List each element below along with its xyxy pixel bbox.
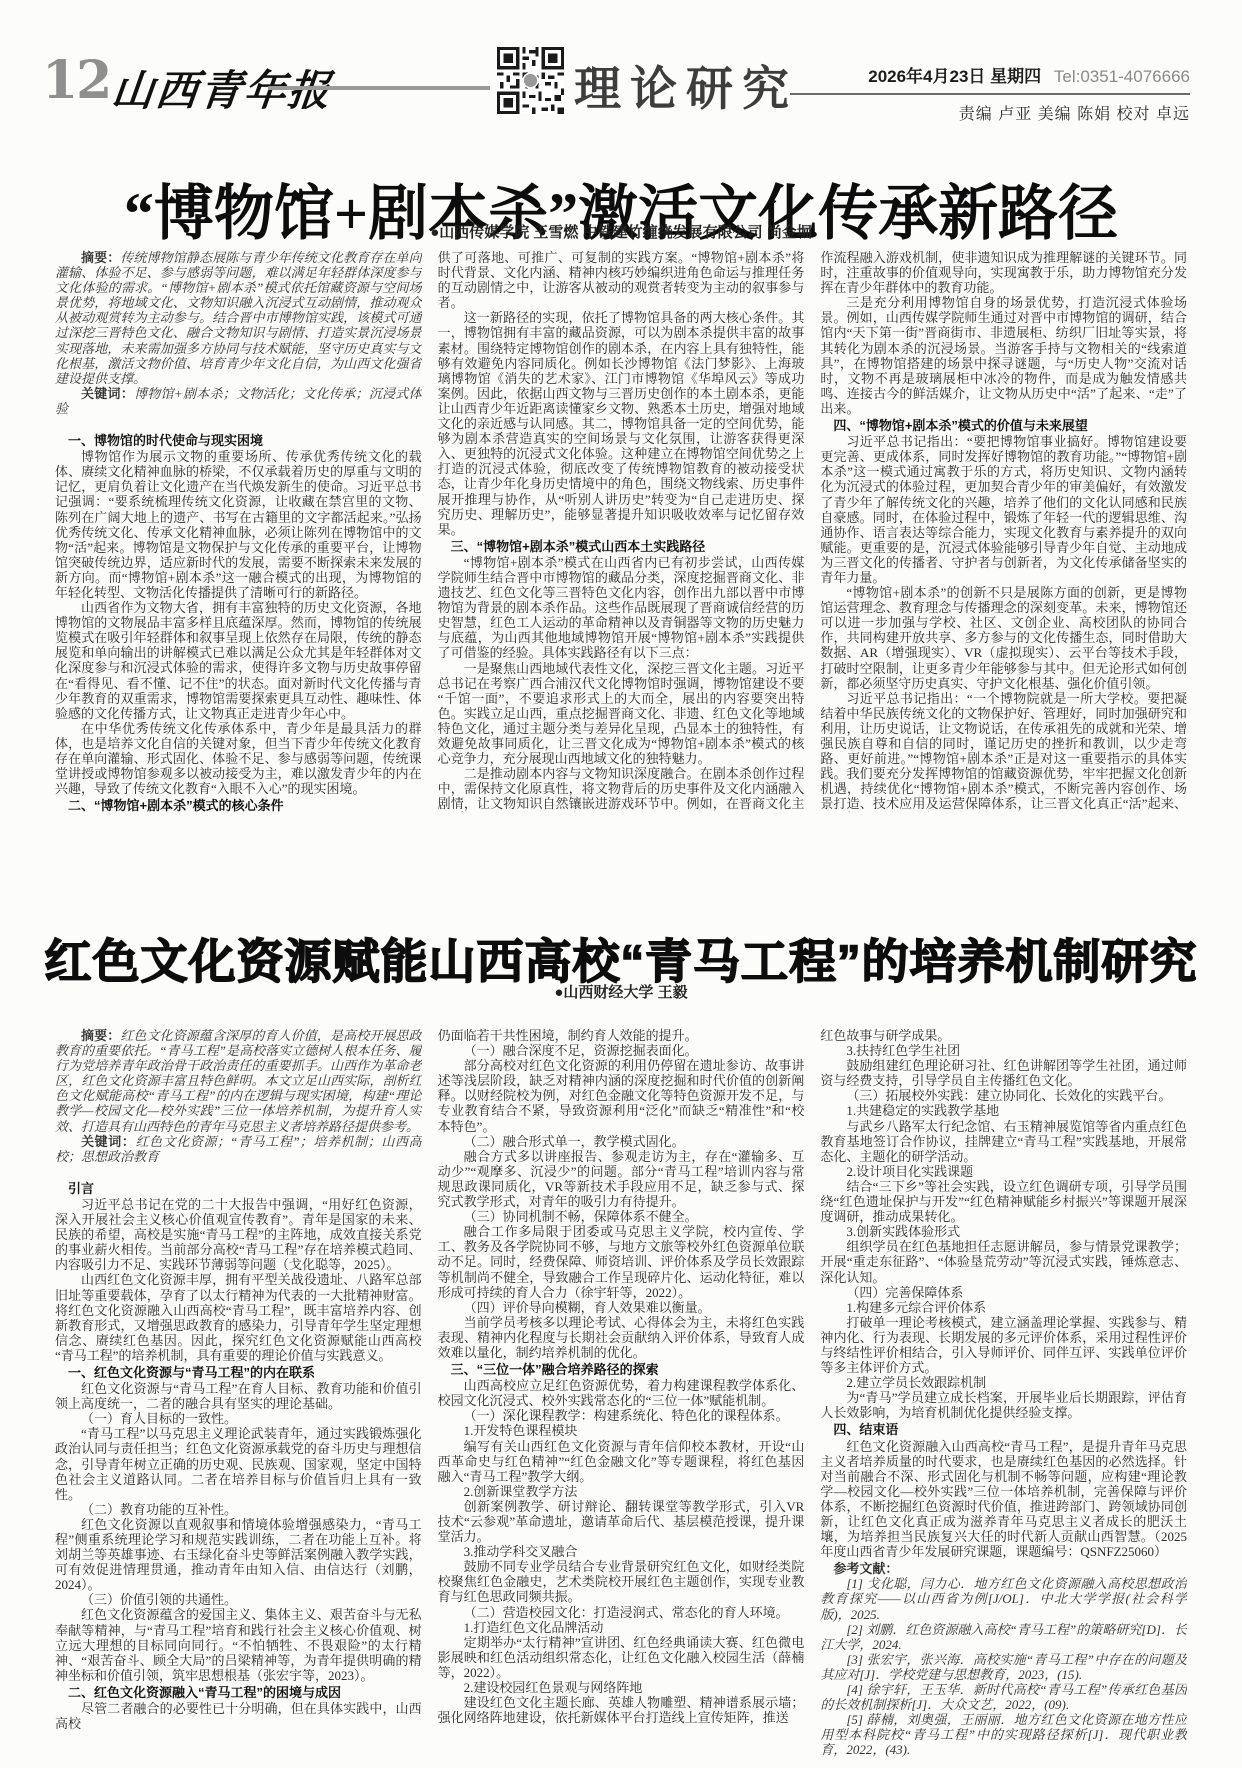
paragraph: 融合方式多以讲座报告、参观走访为主，存在“灌输多、互动少”“观摩多、沉浸少”的问…	[438, 1149, 805, 1209]
page-number: 12	[42, 50, 110, 111]
paragraph: 1.构建多元综合评价体系	[820, 1300, 1187, 1315]
article2-byline: ●山西财经大学 王毅	[0, 981, 1242, 1002]
article2-column-3: 红色故事与研学成果。3.扶持红色学生社团鼓励组建红色理论研习社、红色讲解团等学生…	[820, 1028, 1187, 1765]
paragraph: 打破单一理论考核模式，建立涵盖理论掌握、实践参与、精神内化、行为表现、长期发展的…	[820, 1315, 1187, 1375]
paragraph: 3.推动学科交叉融合	[438, 1544, 805, 1559]
paragraph: 3.创新实践体验形式	[820, 1224, 1187, 1239]
paragraph: （一）育人目标的一致性。	[55, 1411, 422, 1426]
section-heading: 四、“博物馆+剧本杀”模式的价值与未来展望	[820, 418, 1187, 433]
paragraph: （一）融合深度不足，资源挖掘表面化。	[438, 1043, 805, 1058]
reference-item: [5] 薛楠，刘奥强，王丽丽．地方红色文化资源在地方性应用型本科院校“青马工程”…	[820, 1712, 1187, 1757]
section-heading: 一、红色文化资源与“青马工程”的内在联系	[55, 1365, 422, 1380]
paragraph: 红色文化资源蕴含的爱国主义、集体主义、艰苦奋斗与无私奉献等精神，与“青马工程”培…	[55, 1607, 422, 1682]
editors-line: 责编 卢亚 美编 陈娟 校对 卓远	[790, 101, 1190, 124]
paragraph: 1.打造红色文化品牌活动	[438, 1620, 805, 1635]
paragraph: “青马工程”以马克思主义理论武装青年，通过实践锻炼强化政治认同与责任担当；红色文…	[55, 1426, 422, 1501]
article1-column-1: 摘要：传统博物馆静态展陈与青少年传统文化教育存在单向灌输、体验不足、参与感弱等问…	[55, 250, 422, 812]
paragraph: 部分高校对红色文化资源的利用仍停留在遗址参访、故事讲述等浅层阶段，缺乏对精神内涵…	[438, 1058, 805, 1133]
paragraph: “博物馆+剧本杀”模式在山西省内已有初步尝试，山西传媒学院师生结合晋中市博物馆的…	[438, 555, 805, 661]
paragraph: 这一新路径的实现，依托了博物馆具备的两大核心条件。其一，博物馆拥有丰富的藏品资源…	[438, 310, 805, 536]
keywords-text: 关键词：博物馆+剧本杀；文物活化；文化传承；沉浸式体验	[55, 386, 422, 416]
paragraph: （三）协同机制不畅，保障体系不健全。	[438, 1209, 805, 1224]
section-heading: 三、“三位一体”融合培养路径的探索	[438, 1362, 805, 1377]
paragraph: 山西高校应立足红色资源优势，着力构建课程教学体系化、校园文化沉浸式、校外实践常态…	[438, 1378, 805, 1408]
paragraph: 与武乡八路军太行纪念馆、右玉精神展览馆等省内重点红色教育基地签订合作协议，挂牌建…	[820, 1119, 1187, 1164]
paragraph: 创新案例教学、研讨辩论、翻转课堂等教学形式，引入VR技术“云参观”革命遗址，邀请…	[438, 1499, 805, 1544]
paragraph: （四）评价导向模糊，育人效果难以衡量。	[438, 1300, 805, 1315]
paragraph: 组织学员在红色基地担任志愿讲解员，参与情景党课教学；开展“重走东征路”、“体验垦…	[820, 1239, 1187, 1284]
article1-column-3: 作流程融入游戏机制，使非遗知识成为推理解谜的关键环节。同时，注重故事的价值观导向…	[820, 250, 1187, 812]
article2-column-1: 摘要：红色文化资源蕴含深厚的育人价值，是高校开展思政教育的重要依托。“青马工程”…	[55, 1028, 422, 1765]
reference-item: [2] 刘鹏．红色资源融入高校“青马工程”的策略研究[D]．长江大学，2024.	[820, 1622, 1187, 1652]
header-divider	[790, 93, 1190, 95]
paragraph: 建设红色文化主题长廊、英雄人物雕塑、精神谱系展示墙；强化网络阵地建设，依托新媒体…	[438, 1695, 805, 1725]
paragraph: 鼓励不同专业学员结合专业背景研究红色文化，如财经类院校聚焦红色金融史，艺术类院校…	[438, 1559, 805, 1604]
paragraph: （三）价值引领的共通性。	[55, 1592, 422, 1607]
paragraph: 一是聚焦山西地域代表性文化，深挖三晋文化主题。习近平总书记在考察广西合浦汉代文化…	[438, 661, 805, 767]
paragraph: 鼓励组建红色理论研习社、红色讲解团等学生社团，通过师资与经费支持，引导学员自主传…	[820, 1058, 1187, 1088]
section-heading: 四、结束语	[820, 1422, 1187, 1437]
section-heading: 三、“博物馆+剧本杀”模式山西本土实践路径	[438, 539, 805, 554]
paragraph: （三）拓展校外实践：建立协同化、长效化的实践平台。	[820, 1088, 1187, 1103]
paragraph-continuation: 红色故事与研学成果。	[820, 1028, 1187, 1043]
section-heading: 一、博物馆的时代使命与现实困境	[55, 433, 422, 448]
paragraph-continuation: 供了可落地、可推广、可复制的实践方案。“博物馆+剧本杀”将时代背景、文化内涵、精…	[438, 250, 805, 310]
paragraph: 2.建立学员长效跟踪机制	[820, 1375, 1187, 1390]
paragraph-continuation: 作流程融入游戏机制，使非遗知识成为推理解谜的关键环节。同时，注重故事的价值观导向…	[820, 250, 1187, 295]
header-info-block: 2026年4月23日 星期四 Tel:0351-4076666 责编 卢亚 美编…	[790, 62, 1190, 124]
abstract-text: 摘要：传统博物馆静态展陈与青少年传统文化教育存在单向灌输、体验不足、参与感弱等问…	[55, 250, 422, 386]
paragraph: 2.设计项目化实践课题	[820, 1164, 1187, 1179]
paragraph: 2.建设校园红色景观与网络阵地	[438, 1680, 805, 1695]
keywords-text: 关键词：红色文化资源；“青马工程”；培养机制；山西高校；思想政治教育	[55, 1134, 422, 1164]
paragraph: 习近平总书记指出：“一个博物院就是一所大学校。要把凝结着中华民族传统文化的文物保…	[820, 691, 1187, 812]
paragraph: 习近平总书记指出：“要把博物馆事业搞好。博物馆建设要更完善、更成体系，同时发挥好…	[820, 434, 1187, 585]
paragraph: 2.创新课堂教学方法	[438, 1484, 805, 1499]
paragraph: 定期举办“太行精神”宣讲团、红色经典诵读大赛、红色微电影展映和红色活动组织常态化…	[438, 1635, 805, 1680]
paragraph-continuation: 仍面临若干共性困境，制约育人效能的提升。	[438, 1028, 805, 1043]
paragraph: 为“青马”学员建立成长档案，开展毕业后长期跟踪，评估育人长效影响，为培育机制优化…	[820, 1390, 1187, 1420]
paragraph: 红色文化资源融入山西高校“青马工程”，是提升青年马克思主义者培养质量的时代要求，…	[820, 1439, 1187, 1560]
section-title: 理论研究	[574, 52, 798, 119]
paragraph: （一）深化课程教学：构建系统化、特色化的课程体系。	[438, 1408, 805, 1423]
paragraph: 结合“三下乡”等社会实践，设立红色调研专项，引导学员围绕“红色遗址保护与开发”“…	[820, 1179, 1187, 1224]
paragraph: 二是推动剧本内容与文物知识深度融合。在剧本杀创作过程中，需保持文化原真性，将文物…	[438, 766, 805, 812]
paragraph: 三是充分利用博物馆自身的场景优势，打造沉浸式体验场景。例如，山西传媒学院师生通过…	[820, 295, 1187, 416]
section-heading: 二、红色文化资源融入“青马工程”的困境与成因	[55, 1685, 422, 1700]
section-heading: 引言	[55, 1181, 422, 1196]
masthead-rule	[268, 86, 490, 90]
paragraph: 3.扶持红色学生社团	[820, 1043, 1187, 1058]
reference-item: [3] 张宏宇，张兴海．高校实施“青马工程”中存在的问题及其应对[J]．学校党建…	[820, 1652, 1187, 1682]
paragraph: 融合工作多局限于团委或马克思主义学院，校内宣传、学工、教务及各学院协同不够，与地…	[438, 1224, 805, 1299]
paragraph: 在中华优秀传统文化传承体系中，青少年是最具活力的群体，也是培养文化自信的关键对象…	[55, 721, 422, 796]
paragraph: 编写有关山西红色文化资源与青年信仰校本教材，开设“山西革命史与红色精神”“红色金…	[438, 1439, 805, 1484]
paragraph: （二）营造校园文化：打造浸润式、常态化的育人环境。	[438, 1605, 805, 1620]
article1-body: 摘要：传统博物馆静态展陈与青少年传统文化教育存在单向灌输、体验不足、参与感弱等问…	[55, 250, 1187, 812]
date-line: 2026年4月23日 星期四 Tel:0351-4076666	[790, 62, 1190, 87]
paragraph: （二）教育功能的互补性。	[55, 1502, 422, 1517]
article2-body: 摘要：红色文化资源蕴含深厚的育人价值，是高校开展思政教育的重要依托。“青马工程”…	[55, 1028, 1187, 1765]
article1-byline: ●山西传媒学院 王雪燃 中铁建竹缠绕发展有限公司 尚金堀	[0, 221, 1242, 242]
references-heading: 参考文献：	[820, 1561, 1187, 1576]
section-heading: 二、“博物馆+剧本杀”模式的核心条件	[55, 798, 422, 812]
reference-item: [1] 戈化聪，闫力心．地方红色文化资源融入高校思想政治教育探究——以山西省为例…	[820, 1576, 1187, 1621]
paragraph: 博物馆作为展示文物的重要场所、传承优秀传统文化的载体、赓续文化精神血脉的桥梁，不…	[55, 449, 422, 600]
abstract-text: 摘要：红色文化资源蕴含深厚的育人价值，是高校开展思政教育的重要依托。“青马工程”…	[55, 1028, 422, 1134]
qr-code	[497, 47, 564, 114]
paragraph: 1.共建稳定的实践教学基地	[820, 1103, 1187, 1118]
article2-column-2: 仍面临若干共性困境，制约育人效能的提升。（一）融合深度不足，资源挖掘表面化。部分…	[438, 1028, 805, 1765]
newspaper-page: { "header": { "page_number": "12", "mast…	[0, 0, 1242, 1768]
reference-item: [4] 徐宇轩，王玉华．新时代高校“青马工程”传承红色基因的长效机制探析[J]．…	[820, 1682, 1187, 1712]
article1-column-2: 供了可落地、可推广、可复制的实践方案。“博物馆+剧本杀”将时代背景、文化内涵、精…	[438, 250, 805, 812]
paragraph: （四）完善保障体系	[820, 1285, 1187, 1300]
paragraph: 红色文化资源以直观叙事和情境体验增强感染力，“青马工程”侧重系统理论学习和规范实…	[55, 1517, 422, 1592]
paragraph: 1.开发特色课程模块	[438, 1423, 805, 1438]
paragraph: 习近平总书记在党的二十大报告中强调，“用好红色资源，深入开展社会主义核心价值观宣…	[55, 1197, 422, 1272]
paragraph: 尽管二者融合的必要性已十分明确，但在具体实践中，山西高校	[55, 1701, 422, 1731]
date-text: 2026年4月23日 星期四	[868, 67, 1041, 86]
paragraph: （二）融合形式单一，教学模式固化。	[438, 1134, 805, 1149]
telephone: Tel:0351-4076666	[1054, 67, 1190, 86]
paragraph: 山西红色文化资源丰厚，拥有平型关战役遗址、八路军总部旧址等重要载体，孕育了以太行…	[55, 1272, 422, 1363]
qr-code-image	[497, 47, 564, 114]
paragraph: 当前学员考核多以理论考试、心得体会为主，未将红色实践表现、精神内化程度与长期社会…	[438, 1315, 805, 1360]
paragraph: “博物馆+剧本杀”的创新不只是展陈方面的创新，更是博物馆运营理念、教育理念与传播…	[820, 585, 1187, 691]
paragraph: 山西省作为文物大省，拥有丰富独特的历史文化资源，各地博物馆的文物展品丰富多样且底…	[55, 600, 422, 721]
paragraph: 红色文化资源与“青马工程”在育人目标、教育功能和价值引领上高度统一，二者的融合具…	[55, 1381, 422, 1411]
